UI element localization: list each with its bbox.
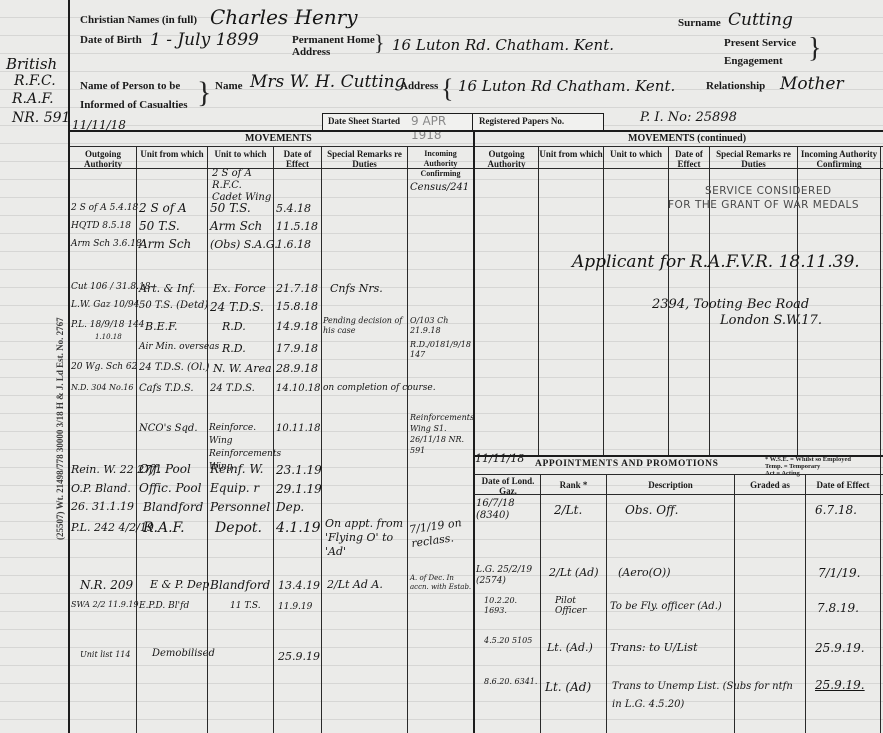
rafvr-note-line2: 2394, Tooting Bec Road [652,297,809,312]
appointments-title: APPOINTMENTS AND PROMOTIONS [535,459,719,469]
movement-row-1-from: 2 S of A [139,201,187,215]
movement-row-9-from: Cafs T.D.S. [139,383,194,394]
engagement-label: Engagement [724,55,783,67]
movement-row-13-outgoing: 26. 31.1.19 [71,500,134,513]
col-header-remarks: Special Remarks re Duties [322,149,407,169]
war-medals-stamp-line1: SERVICE CONSIDERED [705,185,832,197]
person-informed-label-line1: Name of Person to be [80,80,180,92]
present-service-label: Present Service [724,37,796,49]
movement-row-9-to: 24 T.D.S. [210,383,255,394]
movement-row-5-outgoing: L.W. Gaz 10/94 [71,300,139,310]
movement-row-8-to: N. W. Area [213,362,272,375]
movement-row-2-outgoing: HQTD 8.5.18 [71,221,131,231]
movement-row-12-to: Equip. r [210,481,259,495]
appointment-row-2-description: To be Fly. officer (Ad.) [610,601,722,612]
appointment-row-0-gazette: 16/7/18 (8340) [476,498,540,522]
movement-row-6-incoming: O/103 Ch 21.9.18 [410,316,472,336]
movement-row-2-to: Arm Sch [210,219,262,233]
col-divider [207,146,208,733]
movement-row-5-from: 50 T.S. (Detd) [139,300,208,311]
service-brace: } [808,33,821,65]
movement-row-7-outgoing: 1.10.18 [95,333,122,341]
registered-papers-box: Registered Papers No. [472,113,604,131]
movement-row-6-outgoing: P.L. 18/9/18 144 [71,320,145,330]
movement-row-6-from: B.E.F. [145,320,178,333]
col-header-incoming: Incoming Authority Confirming [408,149,473,179]
movement-row-3-outgoing: Arm Sch 3.6.18 [71,239,142,249]
appointment-row-3-rank: Lt. (Ad.) [547,641,593,654]
appointment-row-3-gazette: 4.5.20 5105 [484,636,540,646]
address-value: 16 Luton Rd Chatham. Kent. [458,77,675,95]
movement-row-4-remarks: Cnfs Nrs. [330,282,383,295]
col-header-outgoing-cont: Outgoing Authority [475,149,538,169]
movement-row-6-remarks: Pending decision of his case [323,316,407,336]
movement-row-2-from: 50 T.S. [139,219,180,233]
col-divider [538,146,539,456]
christian-names-label: Christian Names (in full) [80,14,197,26]
appointment-row-0-rank: 2/Lt. [554,503,582,517]
rafvr-note-line1: Applicant for R.A.F.V.R. 18.11.39. [572,252,860,272]
movements-title-divider [70,146,883,147]
movement-row-15-to: Blandford [210,578,270,592]
col-header-effect: Date of Effect [806,480,880,490]
movement-row-13-to: Personnel [210,500,270,514]
col-header-unit-from-cont: Unit from which [539,149,603,159]
movement-row-14-from: R.A.F. [143,520,185,536]
movement-row-7-incoming: R.D./0181/9/18 147 [410,340,472,360]
movement-row-3-date: 1.6.18 [276,238,311,251]
movement-row-16-from: E.P.D. Bl'fd [139,601,189,611]
col-divider [540,474,541,733]
appointment-row-4-gazette: 8.6.20. 6341. [484,677,540,687]
movement-row-1-outgoing: 2 S of A 5.4.18 [71,203,138,213]
movement-row-9-date: 14.10.18 [276,383,321,394]
col-header-gazette: Date of Lond. Gaz. [476,476,540,496]
col-header-outgoing: Outgoing Authority [70,149,136,169]
permanent-home-address-label: Permanent Home Address [292,34,375,58]
movement-row-0-to: 2 S of A R.F.C. Cadet Wing [212,168,272,204]
person-informed-brace: } [197,76,211,110]
movement-row-7-from: Air Min. overseas [139,342,219,352]
war-medals-stamp-line2: FOR THE GRANT OF WAR MEDALS [668,199,859,211]
movement-row-16-date: 11.9.19 [278,602,312,612]
movement-row-15-from: E & P. Dep [150,578,209,591]
movement-row-11-to: Reinf. W. [210,462,263,476]
movement-row-17-date: 25.9.19 [278,650,320,663]
movement-row-1-date: 5.4.18 [276,202,311,215]
rafvr-note-line3: London S.W.17. [720,313,822,328]
appointment-row-1-rank: 2/Lt (Ad) [549,566,599,579]
person-informed-label-line2: Informed of Casualties [80,99,188,111]
movement-row-0-incoming: Census/241 [410,182,469,193]
movement-row-15-date: 13.4.19 [278,579,320,592]
col-header-unit-to-cont: Unit to which [604,149,668,159]
movement-row-7-date: 17.9.18 [276,342,318,355]
movement-row-14-outgoing: P.L. 242 4/2/19 [71,521,154,534]
permanent-home-label-line2: Address [292,46,375,58]
movement-row-9-remarks: on completion of course. [323,383,436,393]
appointment-row-2-rank: Pilot Officer [555,596,603,616]
movement-row-15-incoming: A. of Dec. In accn. with Estab. [410,574,472,592]
movement-row-9-outgoing: N.D. 304 No.16 [71,383,133,392]
col-header-date: Date of Effect [274,149,321,169]
movement-row-11-from: Off. Pool [139,462,191,476]
address-label: Address [400,80,438,92]
christian-names-value: Charles Henry [210,5,358,29]
col-divider [407,146,408,733]
movement-row-12-outgoing: O.P. Bland. [71,482,131,495]
date-of-birth-label: Date of Birth [80,34,142,46]
movement-row-12-date: 29.1.19 [276,482,322,496]
movement-row-15-outgoing: N.R. 209 [80,578,133,592]
appointment-row-4-rank: Lt. (Ad) [545,680,591,694]
col-divider [880,146,881,733]
movement-row-12-from: Offic. Pool [139,481,201,495]
surname-value: Cutting [728,10,793,30]
legend-wse: * W.S.E. = Whilst so Employed [765,456,851,463]
margin-note-raf: R.A.F. [12,91,54,107]
col-header-rank: Rank * [541,480,606,490]
address-brace: } [374,30,385,56]
col-header-unit-from: Unit from which [137,149,207,159]
movement-row-4-date: 21.7.18 [276,282,318,295]
margin-note-rfc: R.F.C. [14,73,56,89]
date-sheet-started-label: Date Sheet Started [328,116,400,126]
address-brace-2: { [441,74,453,104]
name-label: Name [215,80,243,92]
date-of-birth-value: 1 - July 1899 [150,30,259,50]
col-divider [136,146,137,733]
date-sheet-started-box: Date Sheet Started 9 APR 1918 [322,113,474,131]
appointment-row-1-gazette: L.G. 25/2/19 (2574) [476,565,540,587]
movement-row-15-remarks: 2/Lt Ad A. [327,578,383,591]
appointment-row-4-effect: 25.9.19. [815,678,865,692]
movement-row-2-date: 11.5.18 [276,220,318,233]
movement-row-4-to: Ex. Force [213,282,266,295]
pi-number: P. I. No: 25898 [640,110,737,125]
col-header-description: Description [607,480,734,490]
date-sheet-started-value: 9 APR 1918 [411,114,473,142]
col-header-remarks-cont: Special Remarks re Duties [710,149,797,169]
surname-label: Surname [678,17,721,29]
printer-imprint: (25507) Wt. 21498/778 30000 3/18 H & J. … [55,317,65,540]
form-left-border [68,0,70,733]
col-divider [321,146,322,733]
section-divider [473,130,475,733]
movement-row-10-date: 10.11.18 [276,423,321,434]
movement-row-14-remarks: On appt. from 'Flying O' to 'Ad' [325,517,407,559]
appointment-row-3-description: Trans: to U/List [610,641,698,654]
movement-row-5-date: 15.8.18 [276,300,318,313]
movement-row-17-from: Demobilised [152,648,215,659]
movement-row-8-date: 28.9.18 [276,362,318,375]
col-header-date-cont: Date of Effect [669,149,709,169]
col-divider [805,474,806,733]
appointment-row-1-description: (Aero(O)) [618,566,671,579]
appointment-row-0-description: Obs. Off. [625,503,678,517]
movement-row-3-from: Arm Sch [139,237,191,251]
col-divider [603,146,604,456]
legend-temp: Temp. = Temporary [765,463,851,470]
movement-row-8-from: 24 T.D.S. (Ol.) [139,362,209,373]
movement-row-6-to: R.D. [222,320,246,333]
permanent-home-label-line1: Permanent Home [292,34,375,46]
col-divider [273,146,274,733]
col-header-incoming-cont: Incoming Authority Confirming [798,149,880,169]
permanent-home-address-value: 16 Luton Rd. Chatham. Kent. [392,36,614,54]
movement-row-10-from: NCO's Sqd. [139,423,198,434]
movement-row-7-to: R.D. [222,342,246,355]
movement-row-3-to: (Obs) S.A.G. [210,238,278,251]
registered-papers-label: Registered Papers No. [479,116,564,126]
movement-row-16-to: 11 T.S. [230,601,261,611]
movement-row-13-date: Dep. [276,500,304,514]
margin-note-british: British [6,55,57,73]
movement-row-6-date: 14.9.18 [276,320,318,333]
relationship-value: Mother [780,74,844,94]
appointment-row-0-effect: 6.7.18. [815,503,857,517]
appointment-row-2-effect: 7.8.19. [817,601,859,615]
margin-note-nr: NR. 591 [12,110,70,126]
relationship-label: Relationship [706,80,765,92]
appointment-row-3-effect: 25.9.19. [815,641,865,655]
movements-title: MOVEMENTS [245,133,312,144]
movement-row-8-outgoing: 20 Wg. Sch 62 [71,362,137,372]
appointment-row-4-description: Trans to Unemp List. (Subs for ntfn in L… [612,678,802,714]
movement-row-13-from: Blandford [143,500,203,514]
movement-row-11-date: 23.1.19 [276,463,322,477]
col-divider [606,474,607,733]
service-record-sheet: British R.F.C. R.A.F. NR. 591 11/11/18 (… [0,0,883,733]
movements-continued-title: MOVEMENTS (continued) [628,133,746,144]
movement-row-17-outgoing: Unit list 114 [80,650,130,659]
appointments-title-divider [474,474,883,475]
appointment-row-2-gazette: 10.2.20. 1693. [484,596,540,616]
movement-row-16-outgoing: SWA 2/2 11.9.19 [71,600,139,609]
col-header-graded: Graded as [735,480,805,490]
movement-row-14-to: Depot. [215,520,262,536]
movement-row-14-date: 4.1.19 [276,520,321,536]
col-header-unit-to: Unit to which [208,149,273,159]
appointment-row-1-effect: 7/1/19. [818,566,860,580]
corner-date-appointments: 11/11/18 [475,452,524,465]
movement-row-1-to: 50 T.S. [210,201,251,215]
movement-row-10-incoming: Reinforcements Wing S1. 26/11/18 NR. 591 [410,412,472,456]
name-value: Mrs W. H. Cutting [250,72,406,92]
movement-row-4-from: Art. & Inf. [139,282,196,295]
movement-row-5-to: 24 T.D.S. [210,300,264,314]
movements-top-border [70,130,883,132]
